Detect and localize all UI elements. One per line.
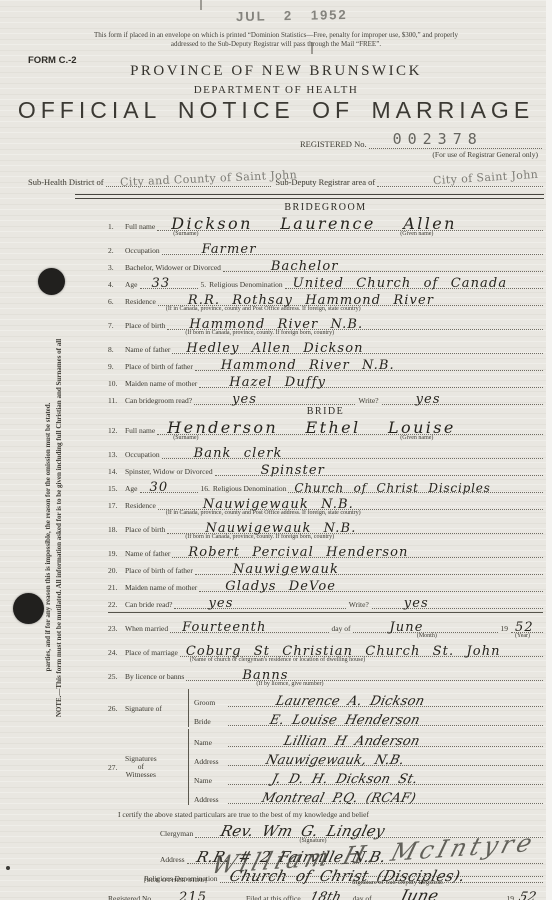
registered-no-field: 002378 xyxy=(369,132,542,149)
marriage-notice-document: JUL 2 1952 This form if placed in an env… xyxy=(0,0,552,900)
field-hint: (Name of church or clergyman's residence… xyxy=(190,657,365,663)
field-row-groom-literacy: 11. Can bridegroom read? yes Write? yes xyxy=(108,389,543,405)
mail-notice-line2: addressed to the Sub-Deputy Registrar wi… xyxy=(171,40,381,48)
field-row-bride-father: 19. Name of father Robert Percival Hende… xyxy=(108,542,543,558)
field-row-bride-status: 14. Spinster, Widow or Divorced Spinster xyxy=(108,460,543,476)
field-row-bride-occupation: 13. Occupation Bank clerk xyxy=(108,443,543,459)
handwritten-value: yes xyxy=(232,392,257,407)
bride-signature-row: Bride E. Louise Henderson xyxy=(194,708,543,726)
field-hint: (Month) xyxy=(417,633,437,639)
field-hint: (If by licence, give number) xyxy=(256,681,323,687)
field-hint: (If born in Canada, province, county. If… xyxy=(185,330,334,336)
registrar-general-note: (For use of Registrar General only) xyxy=(432,150,538,159)
section-heading-bride: BRIDE xyxy=(108,406,543,418)
field-row-groom-status: 3. Bachelor, Widower or Divorced Bachelo… xyxy=(108,256,543,272)
section-heading-bridegroom: BRIDEGROOM xyxy=(108,202,543,214)
witnesses-group: 27. Signatures of Witnesses Name Lillian… xyxy=(108,729,543,805)
field-hint: (If in Canada, province, county and Post… xyxy=(166,306,361,312)
field-row-bride-mother: 21. Maiden name of mother Gladys DeVoe xyxy=(108,576,543,592)
handwritten-value: yes xyxy=(416,392,441,407)
field-row-groom-residence: 6. Residence R.R. Rothsay Hammond River … xyxy=(108,290,543,306)
field-row-place-of-marriage: 24. Place of marriage Coburg St Christia… xyxy=(108,641,543,657)
field-hint: (If in Canada, province, county and Post… xyxy=(166,510,361,516)
field-row-bride-father-birthplace: 20. Place of birth of father Nauwigewauk xyxy=(108,559,543,575)
mail-notice-line1: This form if placed in an envelope on wh… xyxy=(94,31,458,39)
filed-year-value: 52 xyxy=(517,890,538,900)
section-rule xyxy=(108,612,543,613)
handwritten-value: yes xyxy=(208,596,233,611)
see-other-side-note: [SEE OTHER SIDE] xyxy=(144,877,207,884)
document-title: OFFICIAL NOTICE OF MARRIAGE xyxy=(0,97,552,124)
page-edge xyxy=(546,0,552,900)
field-row-bride-birthplace: 18. Place of birth Nauwigewauk N.B. (If … xyxy=(108,518,543,534)
paper-crease xyxy=(200,0,202,10)
double-rule xyxy=(75,194,544,199)
field-row-groom-father: 8. Name of father Hedley Allen Dickson xyxy=(108,338,543,354)
field-hint: (Year) xyxy=(515,633,530,639)
district-line: Sub-Health District of City and County o… xyxy=(28,168,543,187)
witness1-address-row: Address Nauwigewauk, N.B. xyxy=(194,748,543,766)
field-hint: (Surname) xyxy=(173,231,198,237)
handwritten-value: yes xyxy=(404,596,429,611)
form-body: BRIDEGROOM 1. Full name Dickson Laurence… xyxy=(108,202,543,900)
field-hint: (Given name) xyxy=(400,435,433,441)
field-row-bride-literacy: 22. Can bride read? yes Write? yes xyxy=(108,593,543,609)
field-row-registration: Registered No. 215 Filed at this office … xyxy=(108,885,543,900)
signature-group: 26. Signature of Groom Laurence A. Dicks… xyxy=(108,689,543,727)
registered-no-label: REGISTERED No. xyxy=(300,139,369,149)
registered-no-value: 215 xyxy=(179,890,207,900)
mail-notice: This form if placed in an envelope on wh… xyxy=(36,31,516,49)
paper-speck xyxy=(6,866,10,870)
field-hint: (If born in Canada, province, county. If… xyxy=(185,534,334,540)
groom-signature-row: Groom Laurence A. Dickson xyxy=(194,689,543,707)
area-stamp: City of Saint John xyxy=(433,168,539,187)
date-received-stamp: JUL 2 1952 xyxy=(236,7,348,24)
field-row-groom-birthplace: 7. Place of birth Hammond River N.B. (If… xyxy=(108,314,543,330)
district-field: City and County of Saint John xyxy=(106,170,272,187)
field-row-groom-age-denomination: 4. Age 33 5. Religious Denomination Unit… xyxy=(108,273,543,289)
registered-no-line: REGISTERED No. 002378 xyxy=(300,132,542,149)
field-row-bride-full-name: 12. Full name Henderson Ethel Louise (Su… xyxy=(108,419,543,435)
field-row-groom-father-birthplace: 9. Place of birth of father Hammond Rive… xyxy=(108,355,543,371)
field-row-groom-full-name: 1. Full name Dickson Laurence Allen (Sur… xyxy=(108,215,543,231)
sub-deputy-registrar-label: Signature of Sub-Deputy Registrar. xyxy=(352,879,444,886)
bride-signature: E. Louise Henderson xyxy=(268,713,421,728)
field-row-bride-age-denomination: 15. Age 30 16. Religious Denomination Ch… xyxy=(108,477,543,493)
field-row-when-married: 23. When married Fourteenth day of June … xyxy=(108,617,543,633)
witness1-name-row: Name Lillian H Anderson xyxy=(194,729,543,747)
witness2-address: Montreal P.Q. (RCAF) xyxy=(260,791,417,806)
witness2-name-row: Name J. D. H. Dickson St. xyxy=(194,767,543,785)
sub-deputy-signature-line xyxy=(230,876,543,877)
punch-hole xyxy=(13,593,44,624)
province-title: PROVINCE OF NEW BRUNSWICK xyxy=(0,63,552,80)
witness2-name-signature: J. D. H. Dickson St. xyxy=(270,772,419,787)
area-field: City of Saint John xyxy=(377,170,543,187)
witness1-address: Nauwigewauk, N.B. xyxy=(264,753,406,768)
filed-day-value: 18th xyxy=(308,890,343,900)
district-stamp: City and County of Saint John xyxy=(119,168,297,189)
groom-signature: Laurence A. Dickson xyxy=(274,694,426,709)
field-row-groom-occupation: 2. Occupation Farmer xyxy=(108,239,543,255)
certification-statement: I certify the above stated particulars a… xyxy=(118,810,543,820)
field-hint: (Given name) xyxy=(400,231,433,237)
filed-month-value: June xyxy=(398,886,440,900)
field-hint: (Surname) xyxy=(173,435,198,441)
margin-note-line2: parties, and if for any reason this is i… xyxy=(44,367,52,707)
department-title: DEPARTMENT OF HEALTH xyxy=(0,84,552,96)
handwritten-value: Fourteenth xyxy=(182,620,266,635)
field-row-bride-residence: 17. Residence Nauwigewauk N.B. (If in Ca… xyxy=(108,494,543,510)
district-label: Sub-Health District of xyxy=(28,177,106,187)
margin-note-line1: NOTE.—This form must not be mutilated. A… xyxy=(55,278,63,778)
signature-of-label: Signature of xyxy=(125,704,162,713)
field-row-groom-mother: 10. Maiden name of mother Hazel Duffy xyxy=(108,372,543,388)
witness1-name-signature: Lillian H Anderson xyxy=(282,734,421,749)
witnesses-label: Signatures of Witnesses xyxy=(125,755,157,779)
field-row-licence-or-banns: 25. By licence or banns Banns (If by lic… xyxy=(108,665,543,681)
witness2-address-row: Address Montreal P.Q. (RCAF) xyxy=(194,786,543,804)
registered-no-stamp: 002378 xyxy=(393,130,483,148)
